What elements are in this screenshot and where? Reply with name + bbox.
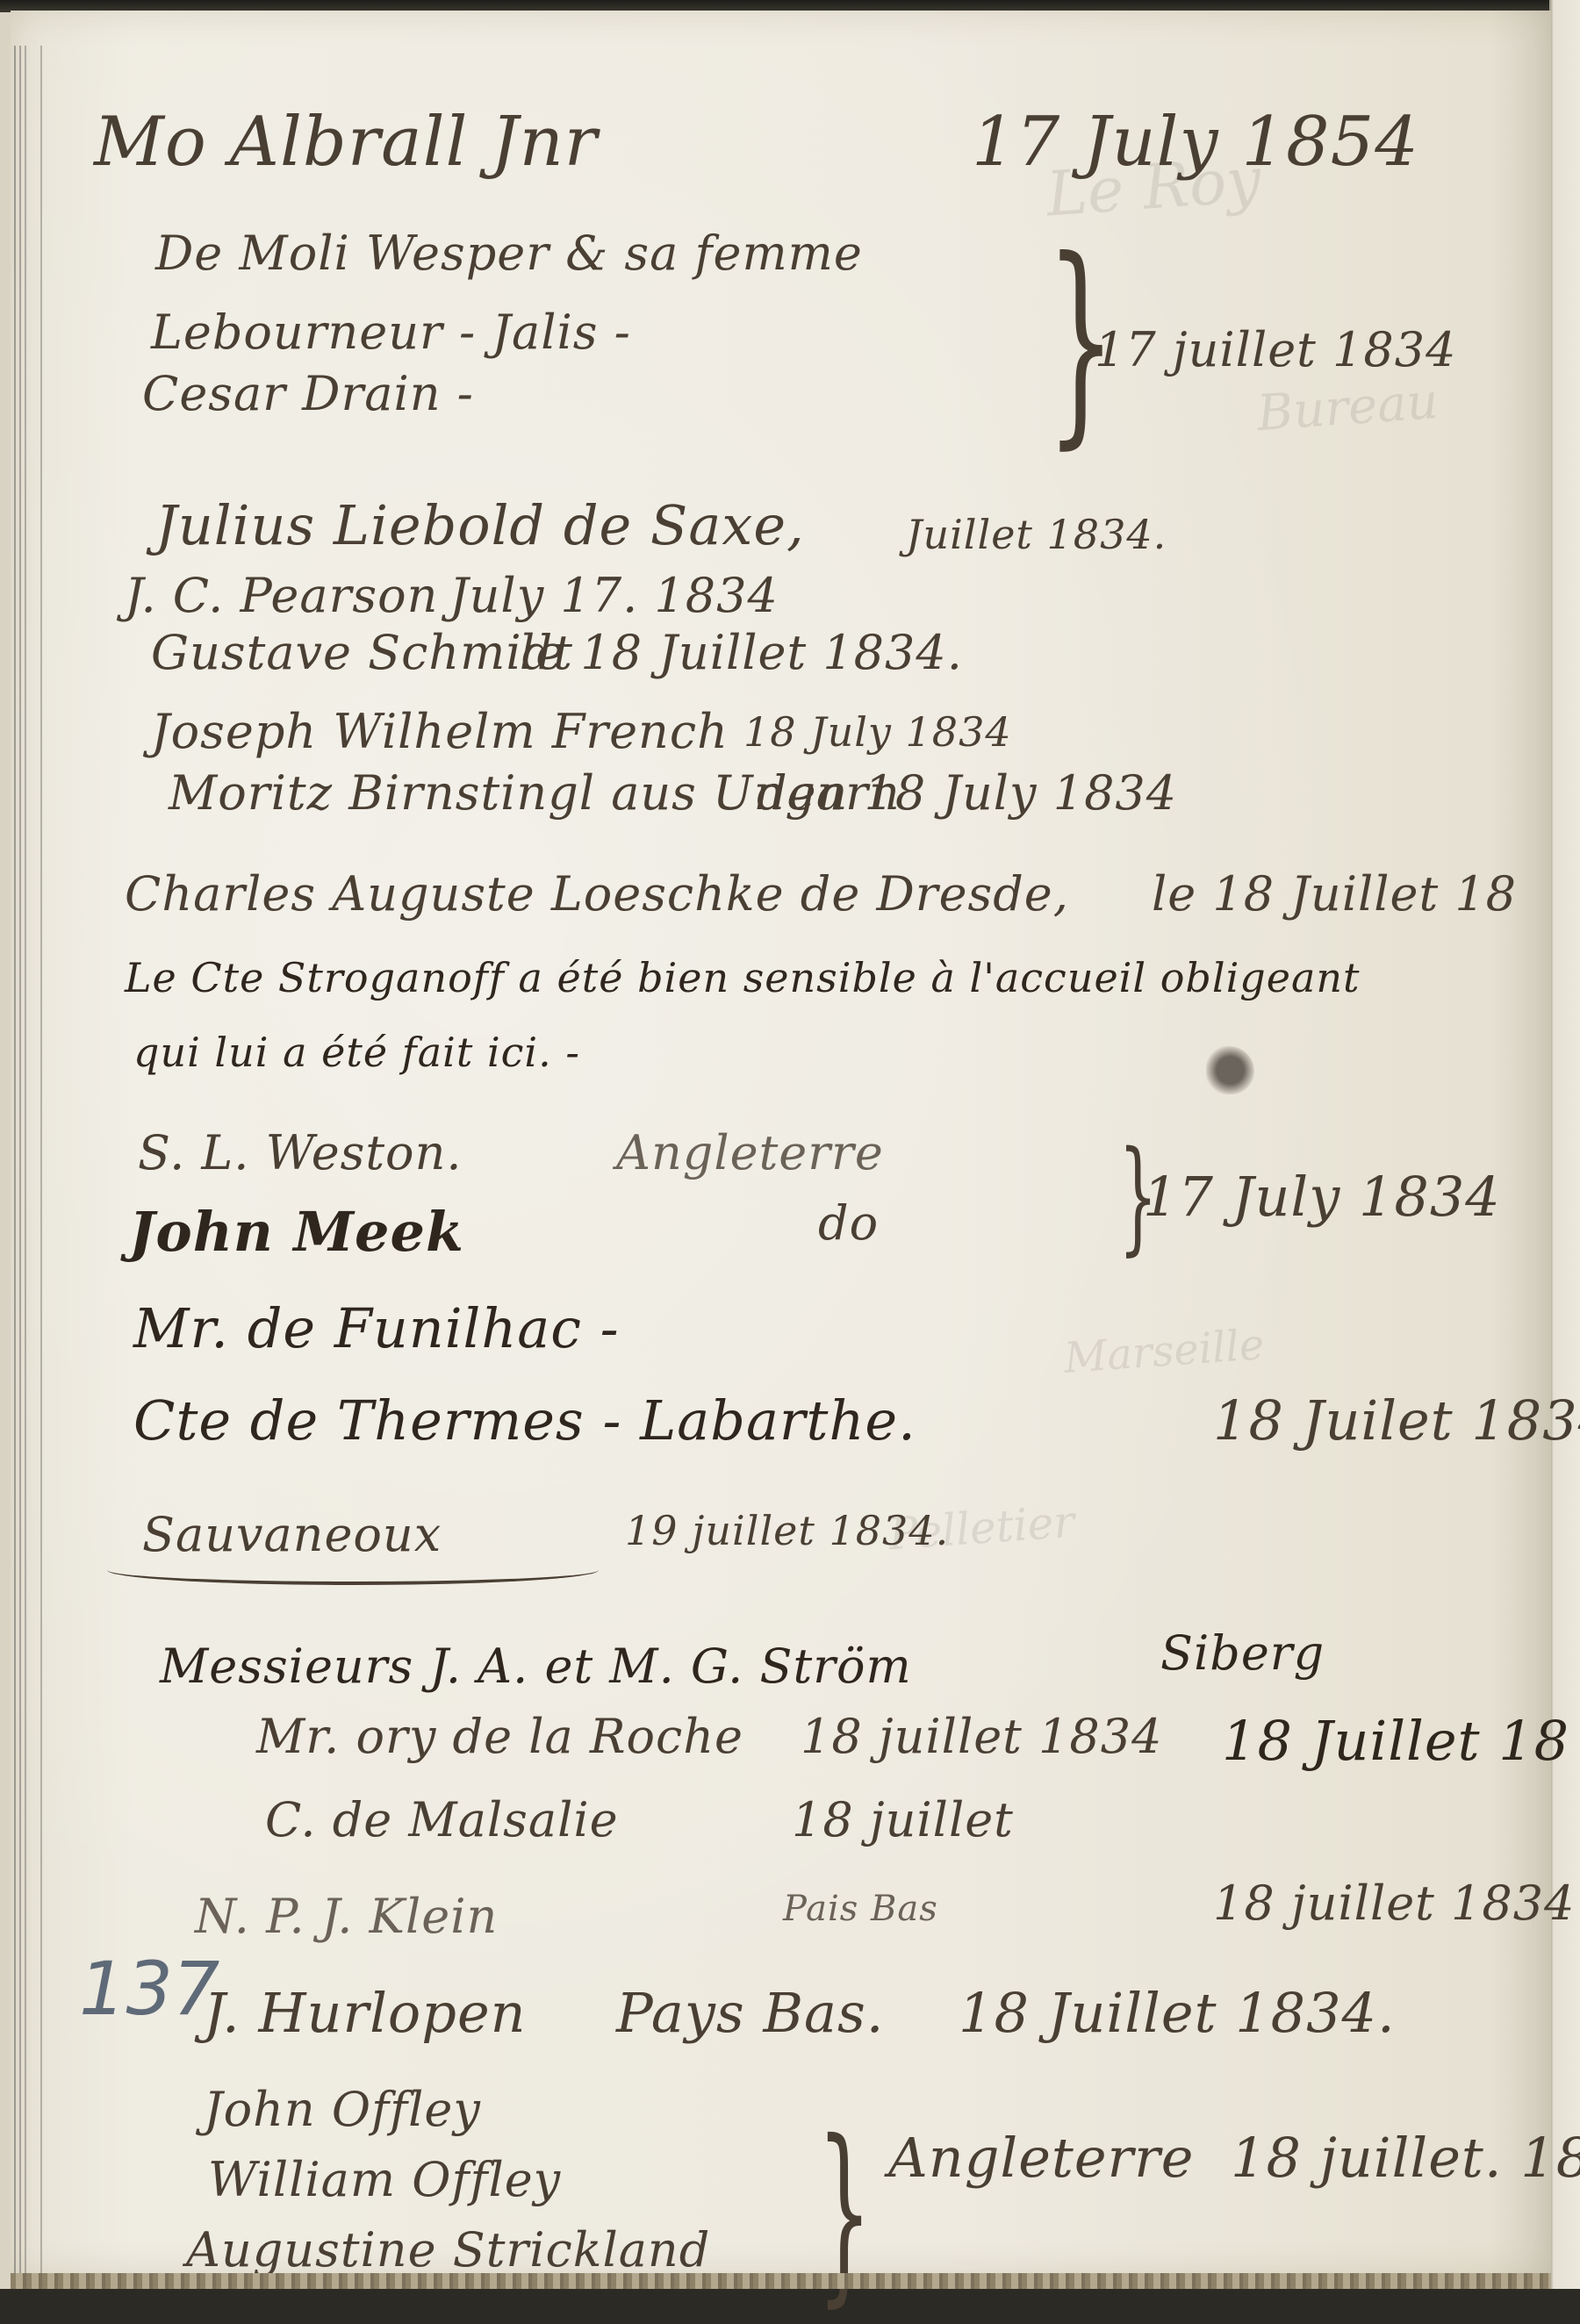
binding-margin-rules	[11, 46, 42, 2275]
entry-date: 17 July 1854	[972, 103, 1419, 182]
entry-date: 19 juillet 1834.	[625, 1507, 949, 1554]
entry-name: Cesar Drain -	[142, 366, 474, 421]
entry-name: Joseph Wilhelm French	[151, 704, 729, 759]
entry-origin: do	[818, 1195, 879, 1251]
entry-name: Sauvaneoux	[142, 1507, 442, 1562]
entry-date: 18 Juillet 1834.	[959, 1981, 1396, 2045]
entry-name: Lebourneur - Jalis -	[151, 305, 631, 360]
show-through-text: Marseille	[1062, 1320, 1266, 1383]
entry-date: 18 juillet 1834	[1213, 1876, 1575, 1931]
entry-date: le 18 Juillet 1834.	[520, 625, 963, 680]
manuscript-page: Le Roy Bureau Pelletier Marseille Mo Alb…	[11, 11, 1551, 2275]
entry-date: 18 juillet	[792, 1792, 1014, 1847]
entry-date: 18 July 1834	[743, 708, 1012, 756]
note-line: Le Cte Stroganoff a été bien sensible à …	[125, 954, 1361, 1001]
adjacent-page-edge	[1549, 0, 1580, 2289]
entry-name: John Meek	[129, 1200, 464, 1264]
entry-name: John Offley	[204, 2082, 481, 2137]
group-origin: Angleterre	[888, 2126, 1195, 2190]
entry-name: Cte de Thermes - Labarthe.	[133, 1388, 916, 1452]
entry-origin: Pais Bas	[783, 1889, 938, 1929]
pencil-page-number: 137	[79, 1946, 219, 2032]
entry-date: 18 Juilet 1834	[1213, 1388, 1580, 1452]
entry-date: den 18 July 1834	[757, 765, 1177, 821]
entry-date: July 17. 1834	[449, 568, 779, 623]
entry-origin: Angleterre	[616, 1125, 884, 1180]
entry-name: William Offley	[208, 2152, 561, 2207]
entry-name: J. C. Pearson	[125, 568, 438, 623]
entry-date-right: 18 Juillet 18	[1222, 1709, 1569, 1773]
entry-origin: Siberg	[1160, 1625, 1325, 1681]
entry-origin: Pays Bas.	[616, 1981, 885, 2045]
entry-name: Mr. de Funilhac -	[133, 1296, 620, 1360]
entry-date: le 18 Juillet 18	[1152, 866, 1517, 922]
entry-name: Gustave Schmidt	[151, 625, 573, 680]
entry-name: S. L. Weston.	[138, 1125, 463, 1180]
entry-name: Messieurs J. A. et M. G. Ström	[160, 1639, 912, 1694]
group-date: 18 juillet. 18	[1231, 2126, 1580, 2190]
group-brace-icon: }	[816, 2099, 872, 2289]
flourish-stroke	[107, 1555, 599, 1585]
entry-date: Juillet 1834.	[906, 511, 1167, 558]
note-line: qui lui a été fait ici. -	[133, 1029, 580, 1076]
book-bottom-edge	[11, 2273, 1551, 2289]
entry-name: Mo Albrall Jnr	[94, 103, 598, 182]
entry-name: Mr. ory de la Roche	[256, 1709, 743, 1764]
ink-blot	[1206, 1046, 1254, 1094]
entry-name: J. Hurlopen	[204, 1981, 527, 2045]
group-date: 17 juillet 1834	[1095, 322, 1456, 377]
entry-name: Charles Auguste Loeschke de Dresde,	[125, 866, 1069, 922]
show-through-text: Bureau	[1255, 373, 1440, 442]
group-date: 17 July 1834	[1143, 1165, 1501, 1229]
entry-name: C. de Malsalie	[265, 1792, 619, 1847]
entry-name: N. P. J. Klein	[195, 1889, 498, 1944]
entry-date: 18 juillet 1834	[801, 1709, 1162, 1764]
entry-name: Augustine Strickland	[186, 2222, 710, 2277]
entry-name: De Moli Wesper & sa femme	[155, 226, 863, 281]
entry-name: Julius Liebold de Saxe,	[155, 493, 805, 557]
manuscript-book: Le Roy Bureau Pelletier Marseille Mo Alb…	[0, 0, 1580, 2289]
